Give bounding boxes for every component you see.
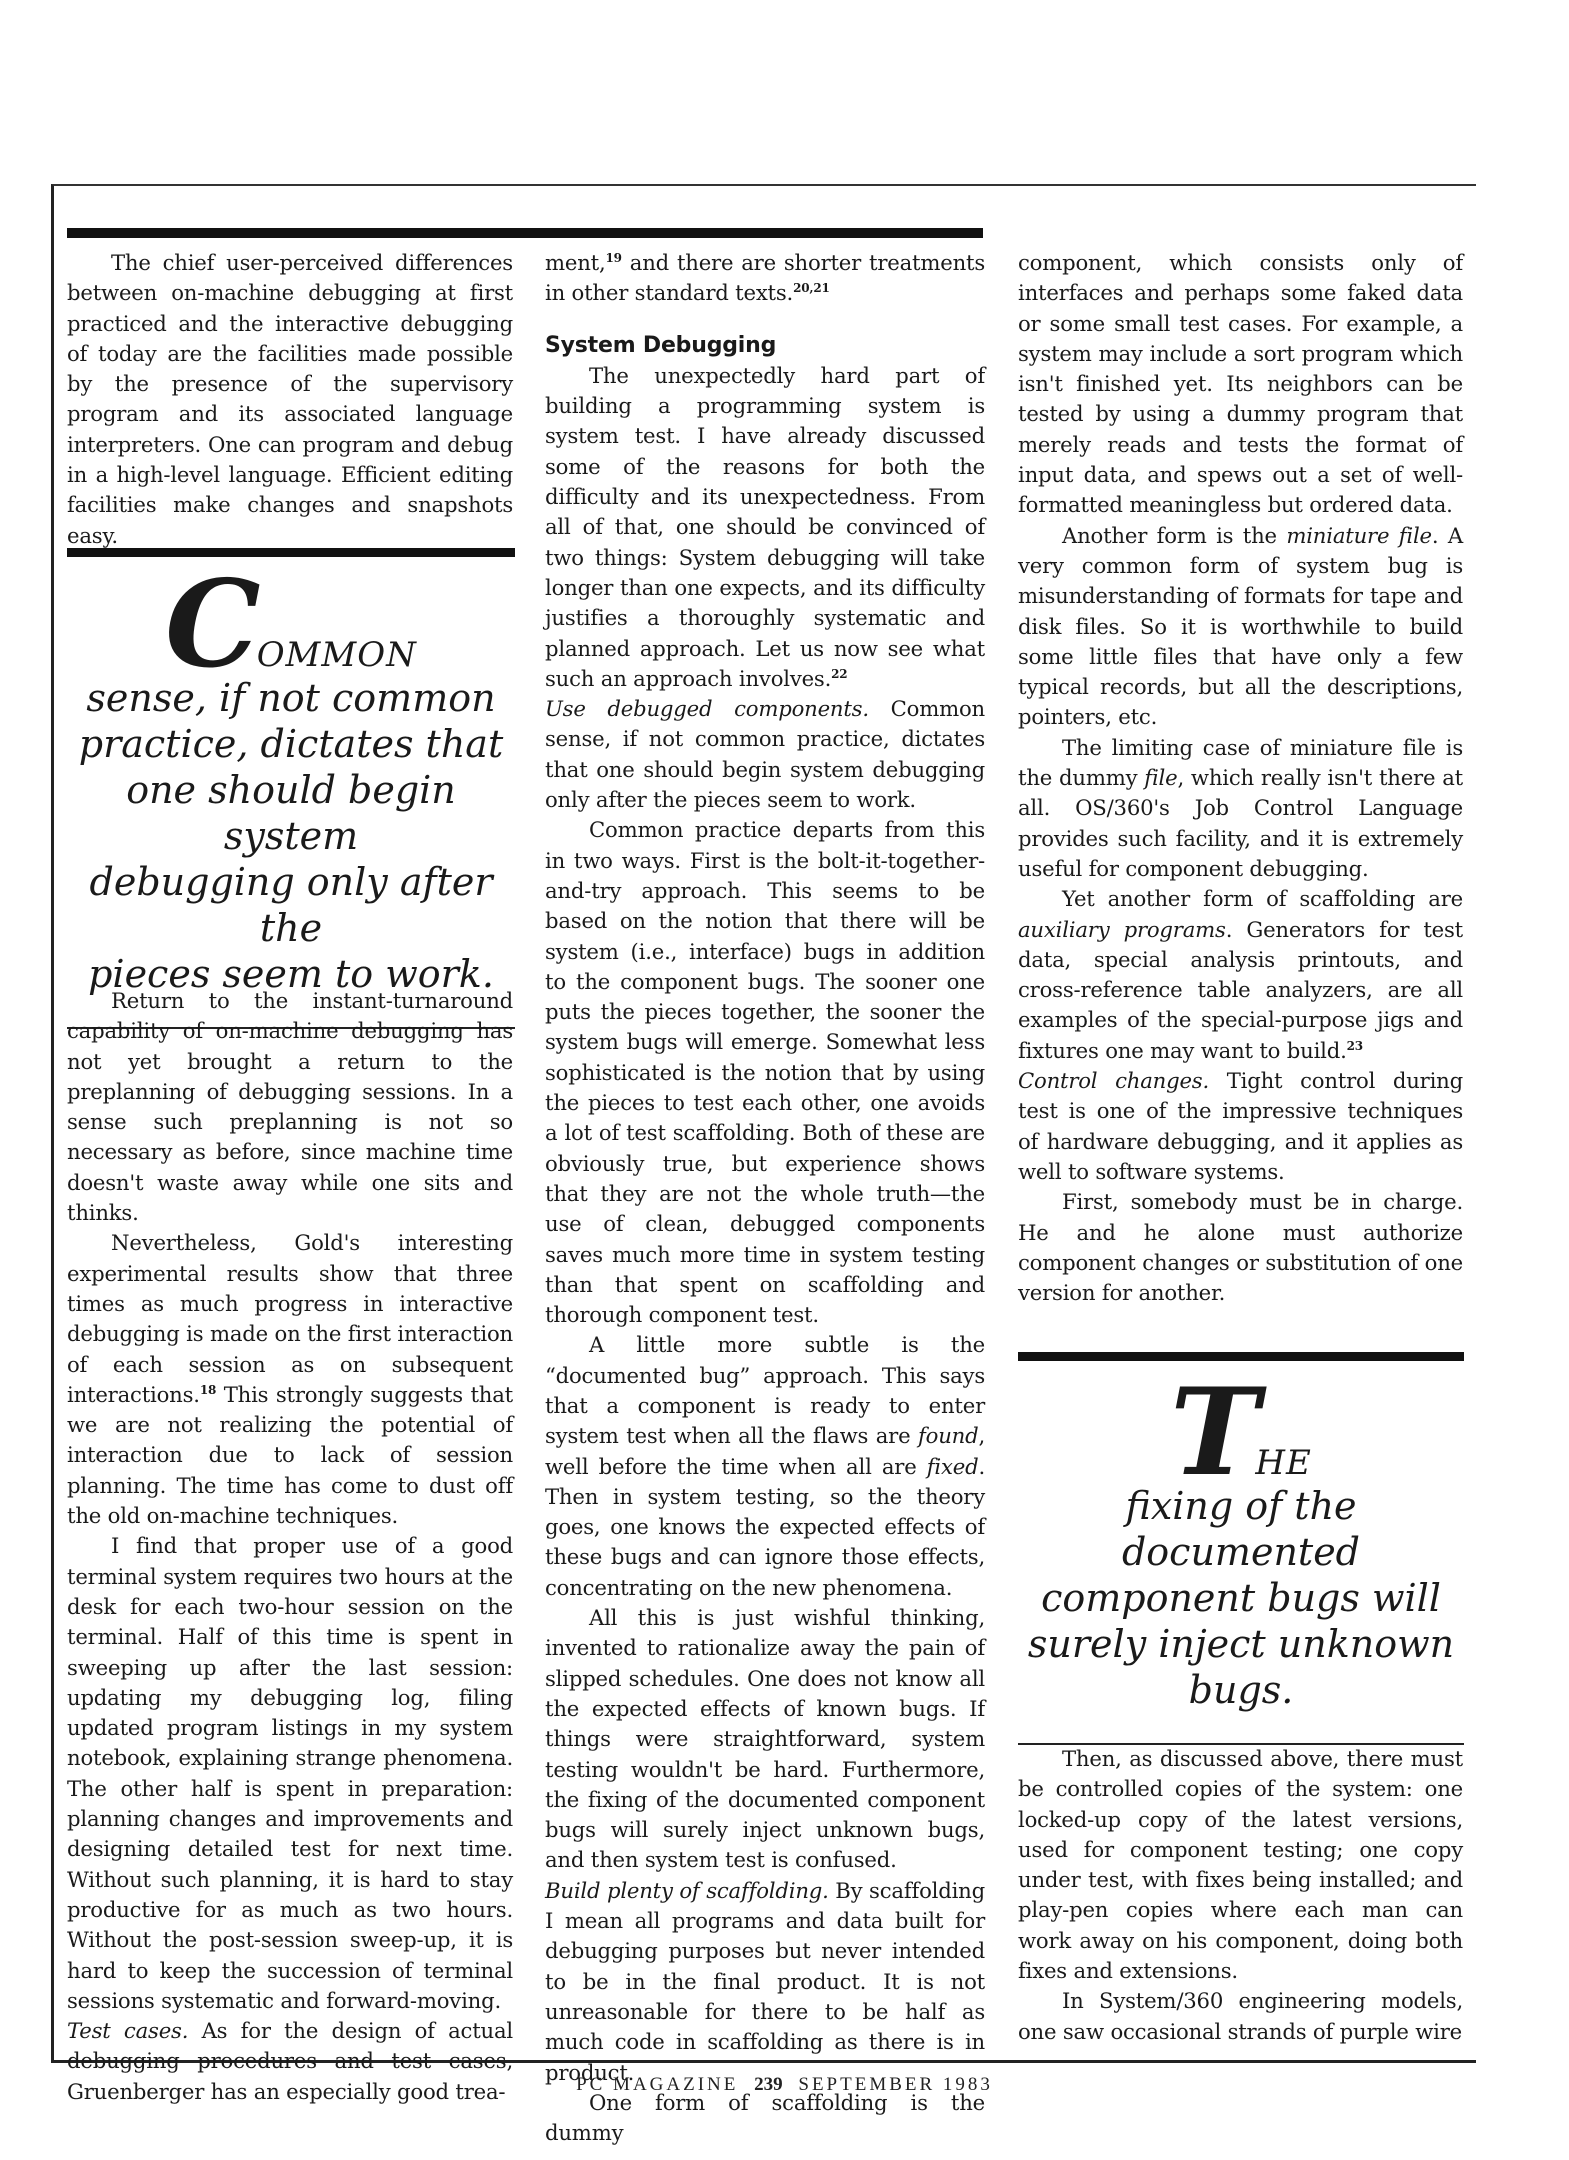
footnote-ref: 18	[200, 1383, 216, 1397]
top-rule	[67, 228, 983, 238]
drop-cap: C	[165, 554, 257, 695]
footnote-ref: 23	[1347, 1039, 1363, 1053]
emphasis: auxiliary programs	[1018, 917, 1226, 942]
page-footer: PC MAGAZINE 239 SEPTEMBER 1983	[0, 2074, 1569, 2096]
pull-quote-top-rule	[67, 548, 515, 557]
paragraph: In System/360 engineering models, one sa…	[1018, 1986, 1463, 2047]
issue-date: SEPTEMBER 1983	[798, 2074, 993, 2095]
middle-column: ment,19 and there are shorter treatments…	[545, 248, 985, 2148]
lead-caps: OMMON	[257, 635, 417, 675]
pull-quote-line: one should begin system	[67, 767, 515, 859]
emphasis: miniature file	[1286, 523, 1432, 548]
pull-quote-top-rule	[1018, 1352, 1464, 1361]
emphasis: file	[1144, 765, 1177, 790]
text-run: Another form is the	[1062, 523, 1286, 548]
left-column-body: Return to the instant-turnaround capabil…	[67, 986, 513, 2107]
paragraph: Then, as discussed above, there must be …	[1018, 1744, 1463, 1986]
footnote-ref: 19	[606, 251, 622, 265]
paragraph: I find that proper use of a good termina…	[67, 1531, 513, 2016]
paragraph: The unexpectedly hard part of building a…	[545, 361, 985, 694]
section-heading: System Debugging	[545, 331, 985, 361]
drop-cap: T	[1170, 1362, 1255, 1503]
paragraph: Yet another form of scaffolding are auxi…	[1018, 884, 1463, 1066]
text-run: ment,	[545, 250, 606, 275]
pull-quote-line: bugs.	[1018, 1667, 1464, 1713]
footnote-ref: 22	[831, 667, 847, 681]
text-run: The unexpectedly hard part of building a…	[545, 363, 985, 691]
run-in-heading: Use debugged components.	[545, 696, 869, 721]
emphasis: fixed	[927, 1454, 979, 1479]
text-run: By scaffolding I mean all programs and d…	[545, 1878, 985, 2085]
paragraph: The limiting case of miniature file is t…	[1018, 733, 1463, 884]
run-in-heading: Test cases.	[67, 2018, 188, 2043]
text-run: . A very common form of system bug is mi…	[1018, 523, 1463, 730]
pull-quote-line: practice, dictates that	[67, 721, 515, 767]
paragraph: Use debugged components. Common sense, i…	[545, 694, 985, 815]
right-column-top: component, which consists only of interf…	[1018, 248, 1463, 1308]
publication-name: PC MAGAZINE	[576, 2074, 738, 2095]
right-column-bottom: Then, as discussed above, there must be …	[1018, 1744, 1463, 2047]
paragraph: Control changes. Tight control during te…	[1018, 1066, 1463, 1187]
paragraph: First, somebody must be in charge. He an…	[1018, 1187, 1463, 1308]
text-run: Yet another form of scaffolding are	[1062, 886, 1463, 911]
pull-quote-line: sense, if not common	[67, 675, 515, 721]
paragraph: The chief user-perceived differences bet…	[67, 248, 513, 551]
pull-quote-line: fixing of the documented	[1018, 1483, 1464, 1575]
pull-quote-fixing-bugs: THE fixing of the documented component b…	[1018, 1352, 1464, 1745]
lead-caps: HE	[1255, 1443, 1311, 1483]
paragraph: Common practice departs from this in two…	[545, 815, 985, 1330]
footnote-ref: 20,21	[793, 281, 830, 295]
text-run: Nevertheless, Gold's interesting experim…	[67, 1230, 513, 1406]
paragraph: Build plenty of scaffolding. By scaffold…	[545, 1876, 985, 2088]
run-in-heading: Build plenty of scaffolding.	[545, 1878, 829, 1903]
run-in-heading: Control changes.	[1018, 1068, 1209, 1093]
paragraph: Return to the instant-turnaround capabil…	[67, 986, 513, 1228]
emphasis: found	[918, 1423, 978, 1448]
pull-quote-line: debugging only after the	[67, 859, 515, 951]
page-number: 239	[754, 2074, 783, 2095]
paragraph: Another form is the miniature file. A ve…	[1018, 521, 1463, 733]
pull-quote-common-sense: COMMON sense, if not common practice, di…	[67, 548, 515, 1029]
paragraph: ment,19 and there are shorter treatments…	[545, 248, 985, 309]
paragraph: A little more subtle is the “documented …	[545, 1330, 985, 1603]
left-column-top: The chief user-perceived differences bet…	[67, 248, 513, 551]
paragraph: One form of scaffolding is the dummy	[545, 2088, 985, 2149]
paragraph: Nevertheless, Gold's interesting experim…	[67, 1228, 513, 1531]
paragraph: All this is just wishful thinking, inven…	[545, 1603, 985, 1876]
pull-quote-line: surely inject unknown	[1018, 1621, 1464, 1667]
paragraph: component, which consists only of interf…	[1018, 248, 1463, 521]
pull-quote-line: component bugs will	[1018, 1575, 1464, 1621]
